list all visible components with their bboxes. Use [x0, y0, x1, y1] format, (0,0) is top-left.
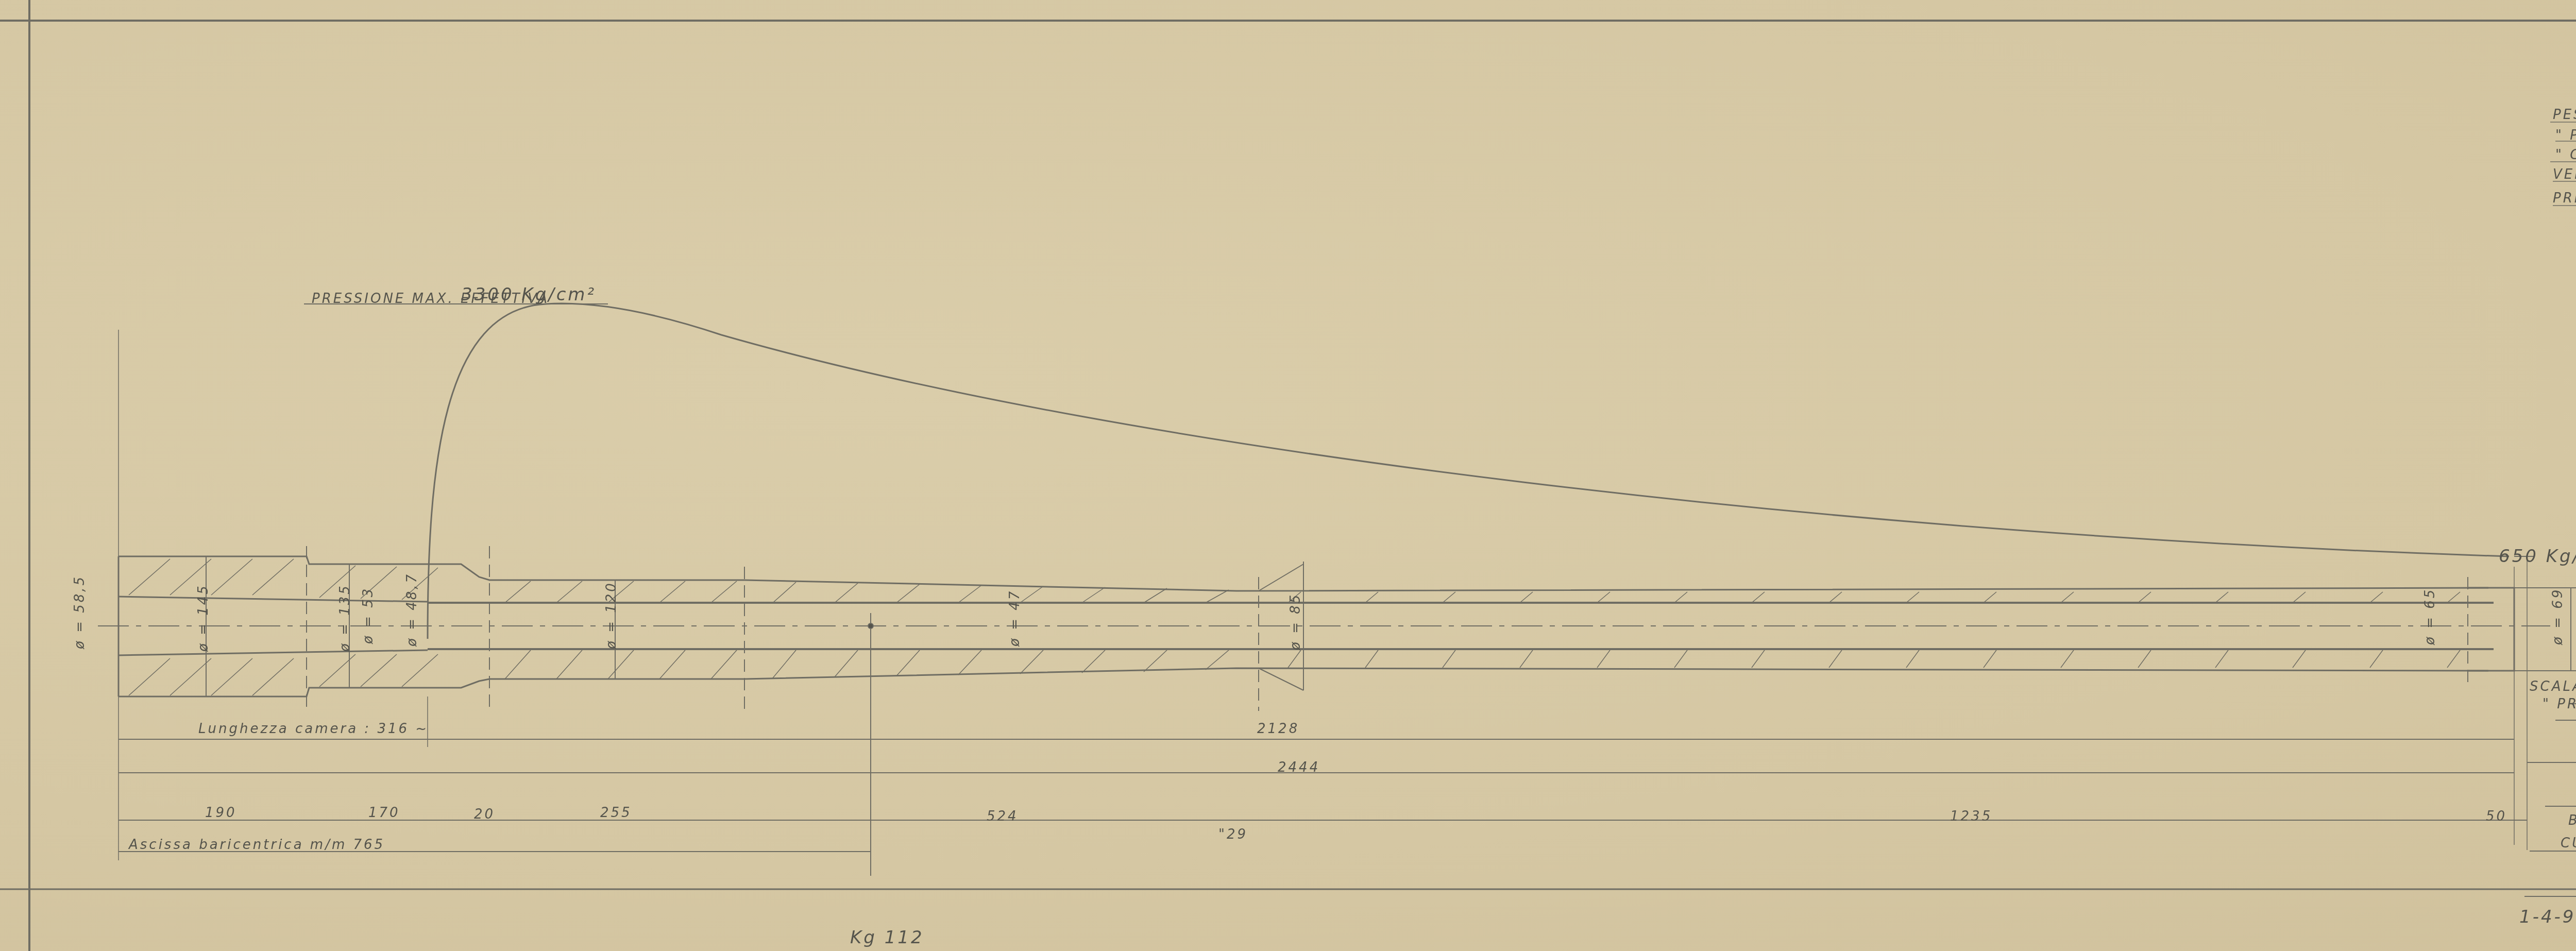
diameter-label: ø = 120: [604, 581, 619, 649]
weight-marker: Kg 112: [850, 927, 924, 948]
diameter-label: ø = 69: [2550, 588, 2566, 645]
diameter-label: ø = 85: [1288, 593, 1303, 650]
dimension-segment: 170: [368, 805, 400, 821]
dimension-segment: 190: [205, 805, 237, 821]
spec-label: PRESSIONE MAX. MANOMETRICA: [2553, 191, 2576, 206]
dimension-2128: 2128: [1257, 721, 1299, 737]
diameter-label: ø = 53: [361, 587, 376, 644]
spec-label: VELOCITÀ INIZIALE: [2553, 167, 2576, 182]
chamber-length-label: Lunghezza camera : 316 ~: [198, 721, 429, 737]
small-note: "29: [1218, 827, 1248, 842]
diameter-label: ø = 135: [337, 584, 353, 652]
spec-label: PESO BOCCA DA FUOCO: [2553, 107, 2576, 123]
dimension-segment: 1235: [1950, 809, 1992, 824]
dimension-segment: 255: [600, 805, 632, 821]
diameter-label: ø = 58,5: [72, 575, 88, 649]
drawing-subtitle: BOCCA DA FUOCO: [2568, 813, 2576, 828]
diameter-label: ø = 47: [1007, 589, 1023, 647]
muzzle-pressure-value: 650 Kg/cm²: [2499, 546, 2576, 567]
dimension-segment: 50: [2486, 809, 2507, 824]
max-pressure-value: 3300 Kg/cm²: [461, 284, 596, 305]
scale-pressures-label: " PRESSIONI: [2543, 697, 2576, 712]
diameter-label: ø = 48,7: [404, 572, 420, 647]
spec-label: " CARICA N.A.C.: [2555, 147, 2576, 163]
dimension-segment: 524: [987, 809, 1019, 824]
dimension-2444: 2444: [1278, 760, 1320, 775]
spec-label: " PROIETTO: [2555, 128, 2576, 143]
date-signature: 1-4-941 / XIX: [2519, 907, 2576, 927]
diameter-label: ø = 145: [196, 584, 211, 652]
scale-lengths-label: SCALA LUNGHEZZE: [2530, 679, 2576, 694]
drawing-description: CURVA DELLE PRESSIONI: [2561, 836, 2576, 851]
dimension-segment: 20: [474, 807, 495, 822]
diameter-label: ø = 65: [2422, 588, 2438, 645]
barycentric-abscissa: Ascissa baricentrica m/m 765: [129, 837, 385, 853]
